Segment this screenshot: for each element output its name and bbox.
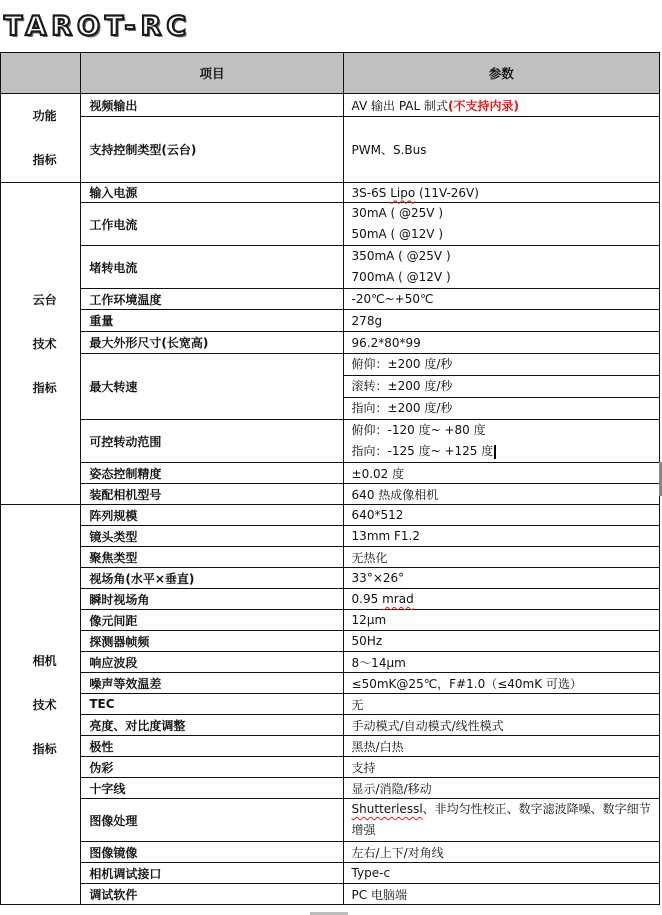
value-text: -20℃~+50℃ [352,292,434,306]
value-text: 50Hz [352,634,383,648]
value-text: 278g [352,314,383,328]
item-cell: 十字线 [81,778,343,799]
value-text: Type-c [352,866,391,880]
group-label: 云台技术指标 [1,183,81,505]
table-row: 噪声等效温差≤50mK@25℃，F#1.0（≤40mK 可选） [1,673,660,694]
table-row: 可控转动范围俯仰：-120 度~ +80 度指向：-125 度~ +125 度 [1,420,660,463]
group-label: 功能指标 [1,94,81,183]
value-line: 350mA ( @25V ) [352,246,659,267]
table-row: 相机技术指标阵列规模640*512 [1,505,660,526]
item-cell: 支持控制类型(云台) [81,117,343,183]
value-line-wrap: 指向：-125 度~ +125 度 [352,441,659,462]
spellcheck-word: Shutterlessl [352,802,423,816]
value-cell: 640*512 [343,505,659,526]
item-cell: 可控转动范围 [81,420,343,463]
table-row: 响应波段8～14μm [1,652,660,673]
value-cell: PWM、S.Bus [343,117,659,183]
unsupported-note: (不支持内录) [448,99,519,113]
table-row: 调试软件PC 电脑端 [1,884,660,905]
table-row: 探测器帧频50Hz [1,631,660,652]
group-label-line: 云台 [9,278,80,322]
value-text: 黑热/白热 [352,740,404,754]
value-cell: ≤50mK@25℃，F#1.0（≤40mK 可选） [343,673,659,694]
value-text: 640*512 [352,508,404,522]
value-cell: 640 热成像相机 [343,484,659,505]
group-label-line: 指标 [9,138,80,182]
value-text: 支持 [352,761,376,775]
value-cell: 无热化 [343,547,659,568]
value-cell: 显示/消隐/移动 [343,778,659,799]
value-cell: 俯仰：-120 度~ +80 度指向：-125 度~ +125 度 [343,420,659,463]
group-label-line: 技术 [9,322,80,366]
table-row: 工作环境温度-20℃~+50℃ [1,289,660,310]
value-line: 50mA ( @12V ) [352,224,659,245]
table-row: 像元间距12μm [1,610,660,631]
table-row: 十字线显示/消隐/移动 [1,778,660,799]
value-line: 指向：-125 度~ +125 度 [352,444,494,458]
table-row: 重量278g [1,310,660,332]
group-label-line: 功能 [9,94,80,138]
item-cell: 镜头类型 [81,526,343,547]
table-row: 姿态控制精度±0.02 度 [1,463,660,484]
item-cell: 工作环境温度 [81,289,343,310]
value-text: AV 输出 PAL 制式 [352,99,448,113]
value-text: 8～14μm [352,656,406,670]
value-line: 700mA ( @12V ) [352,267,659,288]
table-row: 图像处理Shutterlessl、非均匀性校正、数字滤波降噪、数字细节增强 [1,799,660,842]
value-cell: 30mA ( @25V )50mA ( @12V ) [343,203,659,246]
table-row: 最大外形尺寸(长宽高)96.2*80*99 [1,332,660,354]
group-label-line: 技术 [9,683,80,727]
table-row: 堵转电流350mA ( @25V )700mA ( @12V ) [1,246,660,289]
value-cell: 俯仰：±200 度/秒滚转：±200 度/秒指向：±200 度/秒 [343,354,659,420]
table-row: 图像镜像左右/上下/对角线 [1,842,660,863]
item-cell: 最大外形尺寸(长宽高) [81,332,343,354]
value-post: (11V-26V) [415,186,479,200]
item-cell: 输入电源 [81,183,343,203]
value-cell: 手动模式/自动模式/线性模式 [343,715,659,736]
value-text: 显示/消隐/移动 [352,782,432,796]
item-cell: 装配相机型号 [81,484,343,505]
value-text: 无 [352,698,364,712]
table-row: 镜头类型13mm F1.2 [1,526,660,547]
table-row: 装配相机型号640 热成像相机 [1,484,660,505]
value-cell: 96.2*80*99 [343,332,659,354]
value-line: 俯仰：-120 度~ +80 度 [352,420,659,441]
value-cell: 3S-6S Lipo (11V-26V) [343,183,659,203]
value-cell: Type-c [343,863,659,884]
table-row: 支持控制类型(云台)PWM、S.Bus [1,117,660,183]
value-cell: AV 输出 PAL 制式(不支持内录) [343,94,659,117]
item-cell: 伪彩 [81,757,343,778]
value-text: 手动模式/自动模式/线性模式 [352,719,504,733]
item-cell: 阵列规模 [81,505,343,526]
item-cell: 聚焦类型 [81,547,343,568]
value-cell: 350mA ( @25V )700mA ( @12V ) [343,246,659,289]
value-cell: 8～14μm [343,652,659,673]
item-cell: 噪声等效温差 [81,673,343,694]
table-row: 功能指标视频输出AV 输出 PAL 制式(不支持内录) [1,94,660,117]
header-param: 参数 [343,53,659,94]
value-text: 无热化 [352,551,388,565]
table-row: 相机调试接口Type-c [1,863,660,884]
text-caret [494,445,496,459]
header-item: 项目 [81,53,343,94]
item-cell: 像元间距 [81,610,343,631]
value-cell: 12μm [343,610,659,631]
item-cell: 调试软件 [81,884,343,905]
value-cell: 支持 [343,757,659,778]
table-row: 伪彩支持 [1,757,660,778]
table-row: 工作电流30mA ( @25V )50mA ( @12V ) [1,203,660,246]
group-label: 相机技术指标 [1,505,81,905]
table-row: 视场角(水平×垂直)33°×26° [1,568,660,589]
value-text: 左右/上下/对角线 [352,846,444,860]
spellcheck-word: Lipo [390,186,415,200]
item-cell: 图像镜像 [81,842,343,863]
value-text: 96.2*80*99 [352,336,421,350]
value-cell: 左右/上下/对角线 [343,842,659,863]
logo-text: TAROT-RC [4,11,191,42]
item-cell: 图像处理 [81,799,343,842]
item-cell: 亮度、对比度调整 [81,715,343,736]
group-label-line: 指标 [9,366,80,410]
value-cell: PC 电脑端 [343,884,659,905]
value-text: PC 电脑端 [352,888,407,902]
item-cell: 堵转电流 [81,246,343,289]
value-text: 33°×26° [352,571,405,585]
table-row: 聚焦类型无热化 [1,547,660,568]
table-row: 亮度、对比度调整手动模式/自动模式/线性模式 [1,715,660,736]
item-cell: 视场角(水平×垂直) [81,568,343,589]
table-row: TEC无 [1,694,660,715]
item-cell: 视频输出 [81,94,343,117]
header-group [1,53,81,94]
value-cell: 0.95 mrad [343,589,659,610]
spellcheck-word: mrad [382,592,414,606]
brand-logo: TAROT-RC [4,14,191,40]
item-cell: 探测器帧频 [81,631,343,652]
value-cell: 33°×26° [343,568,659,589]
value-cell: 278g [343,310,659,332]
value-line: 滚转：±200 度/秒 [344,375,659,397]
value-text: ±0.02 度 [352,467,405,481]
table-row: 云台技术指标输入电源3S-6S Lipo (11V-26V) [1,183,660,203]
value-text: ≤50mK@25℃，F#1.0（≤40mK 可选） [352,677,582,691]
table-header-row: 项目 参数 [1,53,660,94]
value-line: 30mA ( @25V ) [352,203,659,224]
table-row: 极性黑热/白热 [1,736,660,757]
value-text: 13mm F1.2 [352,529,420,543]
value-cell: 黑热/白热 [343,736,659,757]
spec-table: 项目 参数 功能指标视频输出AV 输出 PAL 制式(不支持内录)支持控制类型(… [0,52,660,905]
item-cell: 瞬时视场角 [81,589,343,610]
value-text: 640 热成像相机 [352,488,439,502]
item-cell: 姿态控制精度 [81,463,343,484]
value-text: PWM、S.Bus [352,143,427,157]
table-row: 最大转速俯仰：±200 度/秒滚转：±200 度/秒指向：±200 度/秒 [1,354,660,420]
value-cell: -20℃~+50℃ [343,289,659,310]
item-cell: TEC [81,694,343,715]
table-row: 瞬时视场角0.95 mrad [1,589,660,610]
item-cell: 响应波段 [81,652,343,673]
value-line: 俯仰：±200 度/秒 [344,354,659,375]
value-cell: 13mm F1.2 [343,526,659,547]
item-cell: 相机调试接口 [81,863,343,884]
group-label-line: 指标 [9,727,80,771]
item-cell: 重量 [81,310,343,332]
value-cell: 无 [343,694,659,715]
value-pre: 3S-6S [352,186,391,200]
value-cell: Shutterlessl、非均匀性校正、数字滤波降噪、数字细节增强 [343,799,659,842]
value-cell: 50Hz [343,631,659,652]
value-line: 指向：±200 度/秒 [344,397,659,419]
value-text: 12μm [352,613,387,627]
item-cell: 极性 [81,736,343,757]
value-cell: ±0.02 度 [343,463,659,484]
item-cell: 工作电流 [81,203,343,246]
value-pre: 0.95 [352,592,383,606]
group-label-line: 相机 [9,639,80,683]
item-cell: 最大转速 [81,354,343,420]
